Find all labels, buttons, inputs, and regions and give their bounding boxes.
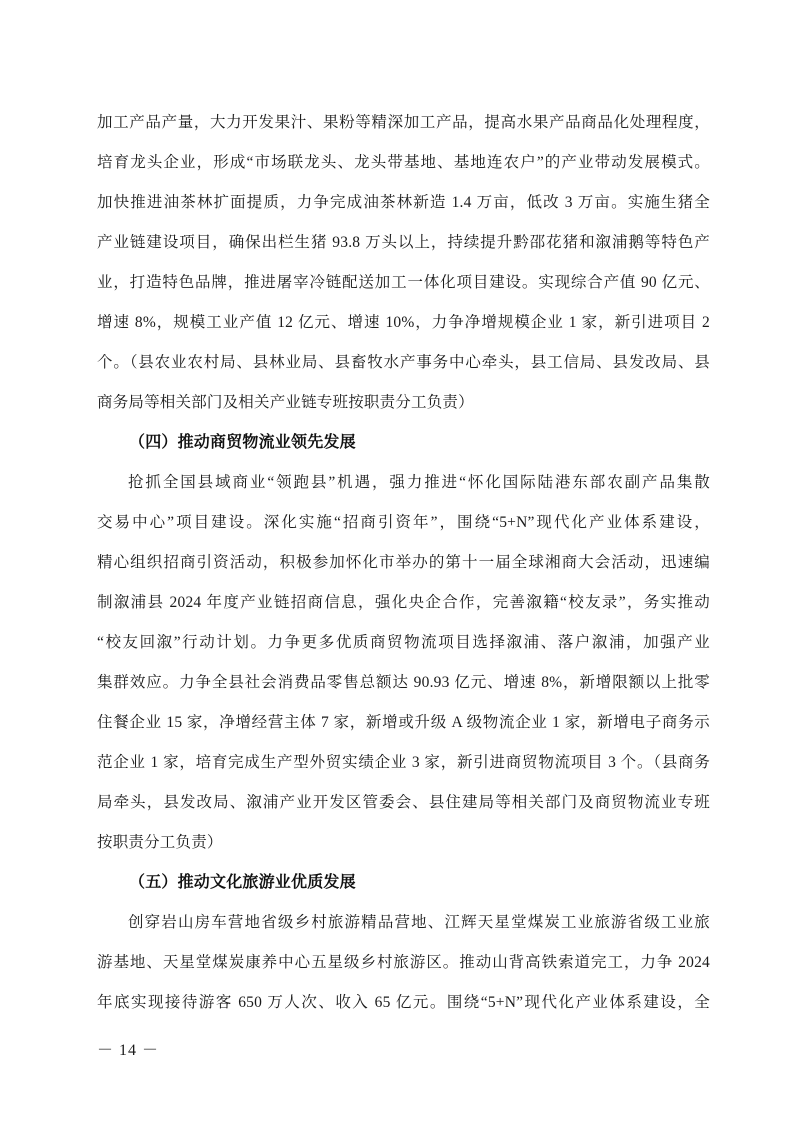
text-line: 按职责分工负责） (97, 823, 710, 863)
text-line: 制溆浦县 2024 年度产业链招商信息，强化央企合作，完善溆籍“校友录”，务实推… (97, 583, 710, 623)
document-page: 加工产品产量，大力开发果汁、果粉等精深加工产品，提高水果产品商品化处理程度，培育… (0, 0, 793, 1122)
text-line: 抢抓全国县域商业“领跑县”机遇，强力推进“怀化国际陆港东部农副产品集散 (97, 463, 710, 503)
text-line: 年底实现接待游客 650 万人次、收入 65 亿元。围绕“5+N”现代化产业体系… (97, 983, 710, 1023)
text-line: 加快推进油茶林扩面提质，力争完成油茶林新造 1.4 万亩，低改 3 万亩。实施生… (97, 183, 710, 223)
text-area: 加工产品产量，大力开发果汁、果粉等精深加工产品，提高水果产品商品化处理程度，培育… (97, 103, 710, 1023)
text-line: 游基地、天星堂煤炭康养中心五星级乡村旅游区。推动山背高铁索道完工，力争 2024 (97, 943, 710, 983)
text-line: 商务局等相关部门及相关产业链专班按职责分工负责） (97, 383, 710, 423)
section-heading: （五）推动文化旅游业优质发展 (97, 863, 710, 903)
text-line: 住餐企业 15 家，净增经营主体 7 家，新增或升级 A 级物流企业 1 家，新… (97, 703, 710, 743)
text-line: 业，打造特色品牌，推进屠宰冷链配送加工一体化项目建设。实现综合产值 90 亿元、 (97, 263, 710, 303)
text-line: “校友回溆”行动计划。力争更多优质商贸物流项目选择溆浦、落户溆浦，加强产业 (97, 623, 710, 663)
text-line: 产业链建设项目，确保出栏生猪 93.8 万头以上，持续提升黔邵花猪和溆浦鹅等特色… (97, 223, 710, 263)
text-line: 精心组织招商引资活动，积极参加怀化市举办的第十一届全球湘商大会活动，迅速编 (97, 543, 710, 583)
text-line: 增速 8%，规模工业产值 12 亿元、增速 10%，力争净增规模企业 1 家，新… (97, 303, 710, 343)
text-line: 交易中心”项目建设。深化实施“招商引资年”，围绕“5+N”现代化产业体系建设， (97, 503, 710, 543)
text-line: 局牵头，县发改局、溆浦产业开发区管委会、县住建局等相关部门及商贸物流业专班 (97, 783, 710, 823)
text-line: 个。（县农业农村局、县林业局、县畜牧水产事务中心牵头，县工信局、县发改局、县 (97, 343, 710, 383)
text-line: 集群效应。力争全县社会消费品零售总额达 90.93 亿元、增速 8%，新增限额以… (97, 663, 710, 703)
section-heading: （四）推动商贸物流业领先发展 (97, 423, 710, 463)
text-line: 范企业 1 家，培育完成生产型外贸实绩企业 3 家，新引进商贸物流项目 3 个。… (97, 743, 710, 783)
text-line: 加工产品产量，大力开发果汁、果粉等精深加工产品，提高水果产品商品化处理程度， (97, 103, 710, 143)
text-line: 培育龙头企业，形成“市场联龙头、龙头带基地、基地连农户”的产业带动发展模式。 (97, 143, 710, 183)
text-line: 创穿岩山房车营地省级乡村旅游精品营地、江辉天星堂煤炭工业旅游省级工业旅 (97, 903, 710, 943)
page-number: － 14 － (97, 1036, 159, 1066)
